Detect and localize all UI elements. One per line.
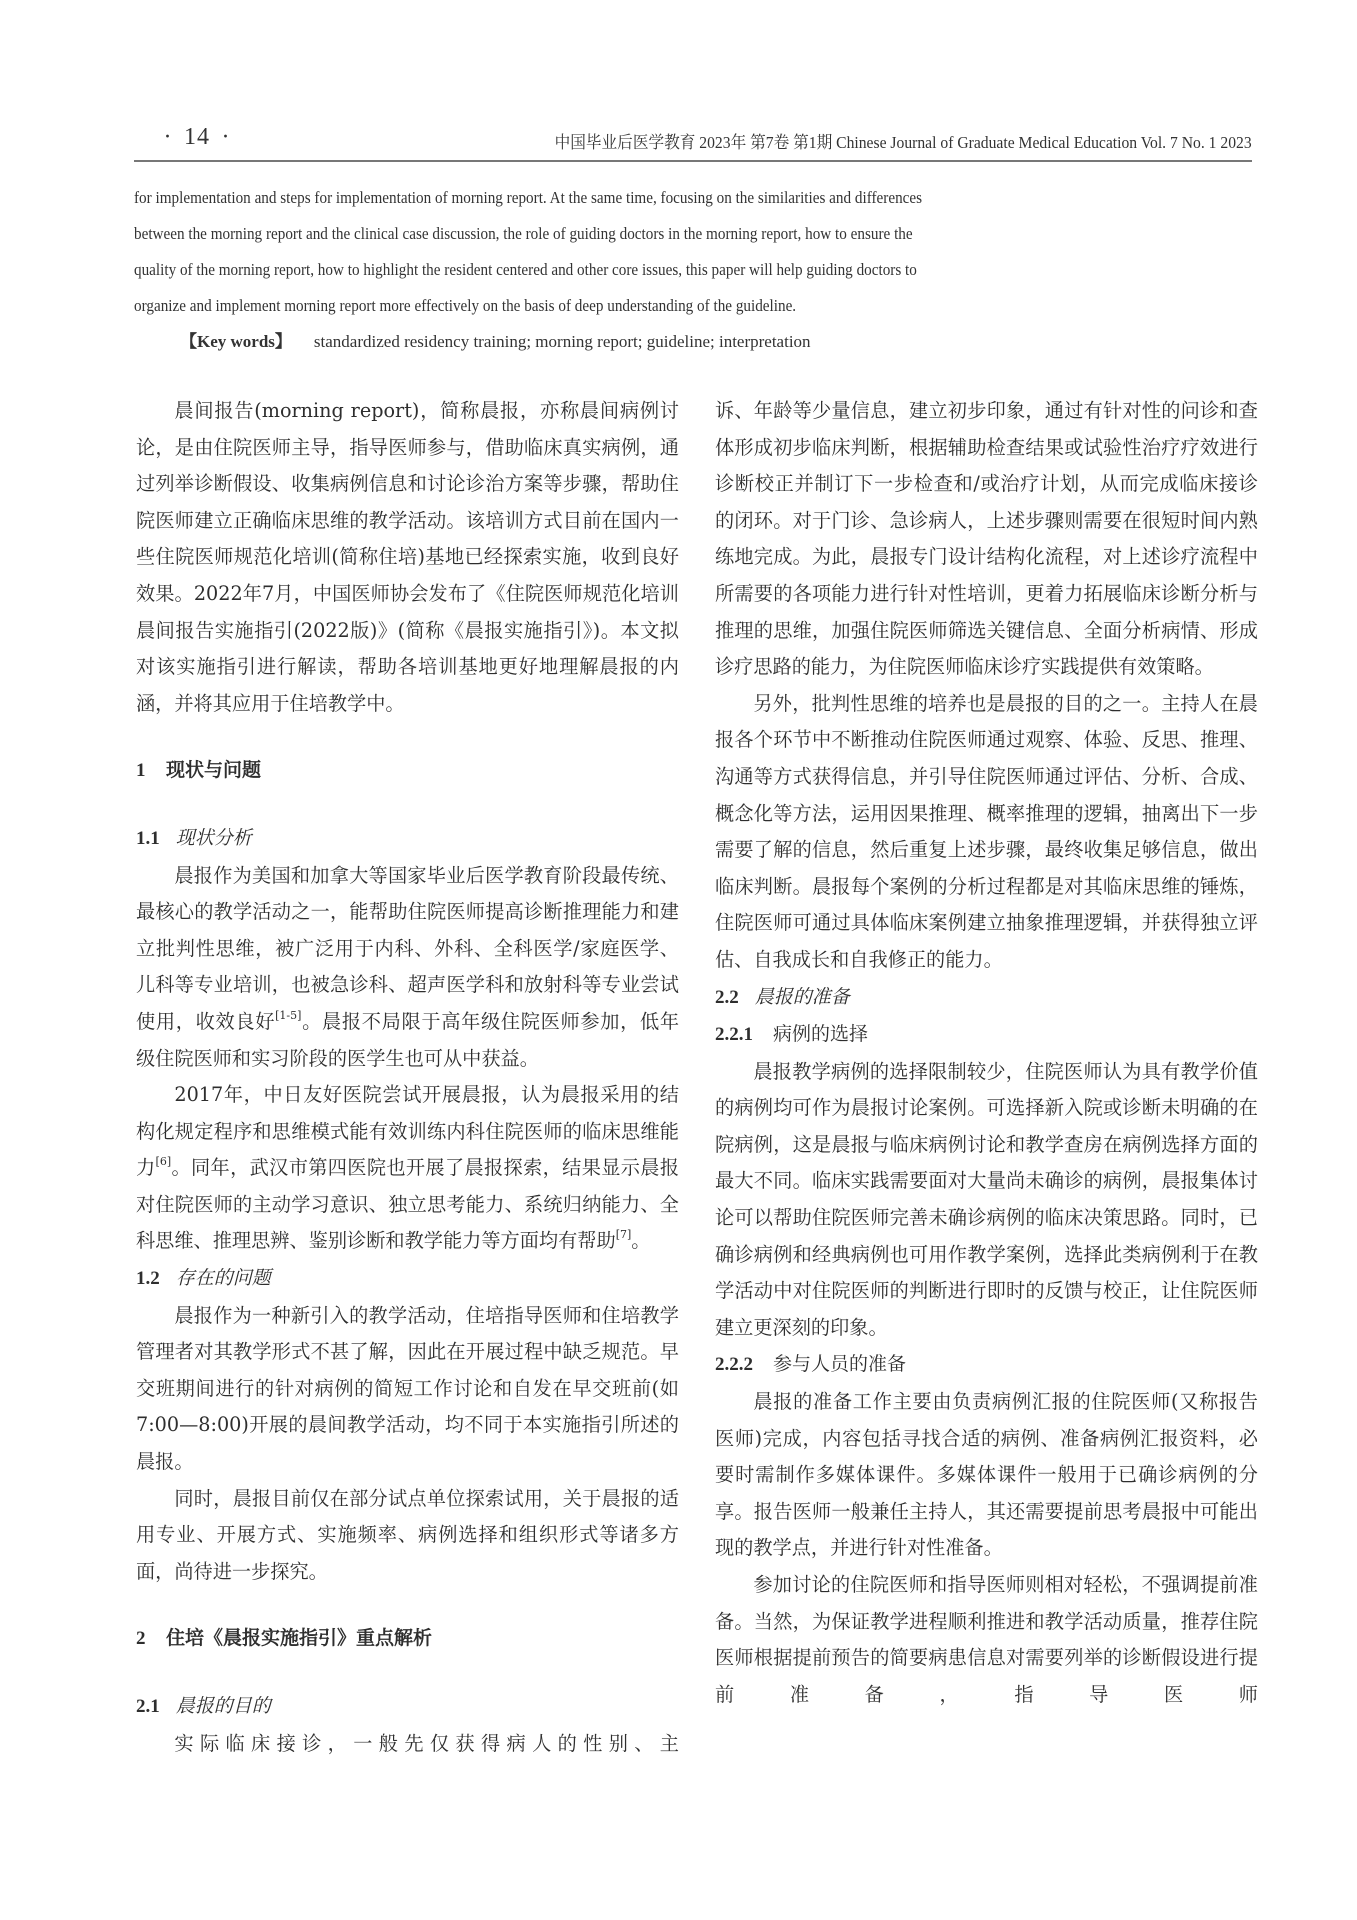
section-heading-2: 2住培《晨报实施指引》重点解析 [136,1620,679,1658]
section-title: 晨报的目的 [176,1695,271,1717]
keywords-label: 【Key words】 [180,332,292,351]
section-heading-2-2-1: 2.2.1病例的选择 [715,1016,1258,1054]
paragraph: 2017年，中日友好医院尝试开展晨报，认为晨报采用的结构化规定程序和思维模式能有… [136,1077,679,1260]
left-column: 晨间报告(morning report)，简称晨报，亦称晨间病例讨论，是由住院医… [136,393,679,1762]
citation-ref: [6] [156,1155,172,1168]
page-number-text: 14 [184,124,210,150]
section-heading-1-1: 1.1现状分析 [136,820,679,858]
paragraph: 晨报作为美国和加拿大等国家毕业后医学教育阶段最传统、最核心的教学活动之一，能帮助… [136,858,679,1078]
section-heading-2-2-2: 2.2.2参与人员的准备 [715,1346,1258,1384]
section-number: 2.2.1 [715,1017,753,1054]
section-heading-1: 1现状与问题 [136,752,679,790]
section-number: 2.2.2 [715,1347,753,1384]
abstract-line: organize and implement morning report mo… [134,288,1137,324]
header-rule [134,160,1252,162]
section-heading-2-1: 2.1晨报的目的 [136,1688,679,1726]
paragraph-text: 。同年，武汉市第四医院也开展了晨报探索，结果显示晨报对住院医师的主动学习意识、独… [136,1156,679,1252]
abstract-continuation: for implementation and steps for impleme… [134,180,1224,360]
section-number: 1.1 [136,821,160,858]
paragraph-text: 。 [631,1229,650,1252]
paragraph: 实际临床接诊，一般先仅获得病人的性别、主 [136,1726,679,1763]
section-heading-2-2: 2.2晨报的准备 [715,979,1258,1017]
section-heading-1-2: 1.2存在的问题 [136,1260,679,1298]
section-number: 2.1 [136,1689,160,1726]
paragraph: 另外，批判性思维的培养也是晨报的目的之一。主持人在晨报各个环节中不断推动住院医师… [715,686,1258,979]
section-title: 住培《晨报实施指引》重点解析 [166,1627,432,1649]
paragraph: 同时，晨报目前仅在部分试点单位探索试用，关于晨报的适用专业、开展方式、实施频率、… [136,1481,679,1591]
keywords: 【Key words】standardized residency traini… [134,324,1224,360]
paragraph: 参加讨论的住院医师和指导医师则相对轻松，不强调提前准备。当然，为保证教学进程顺利… [715,1567,1258,1713]
section-number: 1.2 [136,1261,160,1298]
paragraph-text: 晨报作为美国和加拿大等国家毕业后医学教育阶段最传统、最核心的教学活动之一，能帮助… [136,864,679,1033]
paragraph: 晨报作为一种新引入的教学活动，住培指导医师和住培教学管理者对其教学形式不甚了解，… [136,1298,679,1481]
section-number: 2 [136,1621,166,1658]
section-number: 2.2 [715,980,739,1017]
abstract-line: quality of the morning report, how to hi… [134,252,1137,288]
section-title: 病例的选择 [773,1023,868,1045]
abstract-line: for implementation and steps for impleme… [134,180,1137,216]
section-title: 存在的问题 [176,1267,271,1289]
paragraph: 晨报教学病例的选择限制较少，住院医师认为具有教学价值的病例均可作为晨报讨论案例。… [715,1054,1258,1347]
section-title: 现状与问题 [166,759,261,781]
intro-paragraph: 晨间报告(morning report)，简称晨报，亦称晨间病例讨论，是由住院医… [136,393,679,722]
citation-ref: [1-5] [275,1009,301,1022]
abstract-line: between the morning report and the clini… [134,216,1137,252]
section-title: 晨报的准备 [755,986,850,1008]
page-number: ·14· [152,124,242,151]
paragraph: 诉、年龄等少量信息，建立初步印象，通过有针对性的问诊和查体形成初步临床判断，根据… [715,393,1258,686]
running-header: ·14· 中国毕业后医学教育 2023年 第7卷 第1期 Chinese Jou… [134,118,1252,160]
section-title: 现状分析 [176,827,252,849]
section-number: 1 [136,753,166,790]
keywords-text: standardized residency training; morning… [314,332,811,351]
paragraph: 晨报的准备工作主要由负责病例汇报的住院医师(又称报告医师)完成，内容包括寻找合适… [715,1384,1258,1567]
section-title: 参与人员的准备 [773,1353,906,1375]
journal-citation: 中国毕业后医学教育 2023年 第7卷 第1期 Chinese Journal … [555,128,1252,153]
right-column: 诉、年龄等少量信息，建立初步印象，通过有针对性的问诊和查体形成初步临床判断，根据… [715,393,1258,1713]
citation-ref: [7] [616,1228,632,1241]
